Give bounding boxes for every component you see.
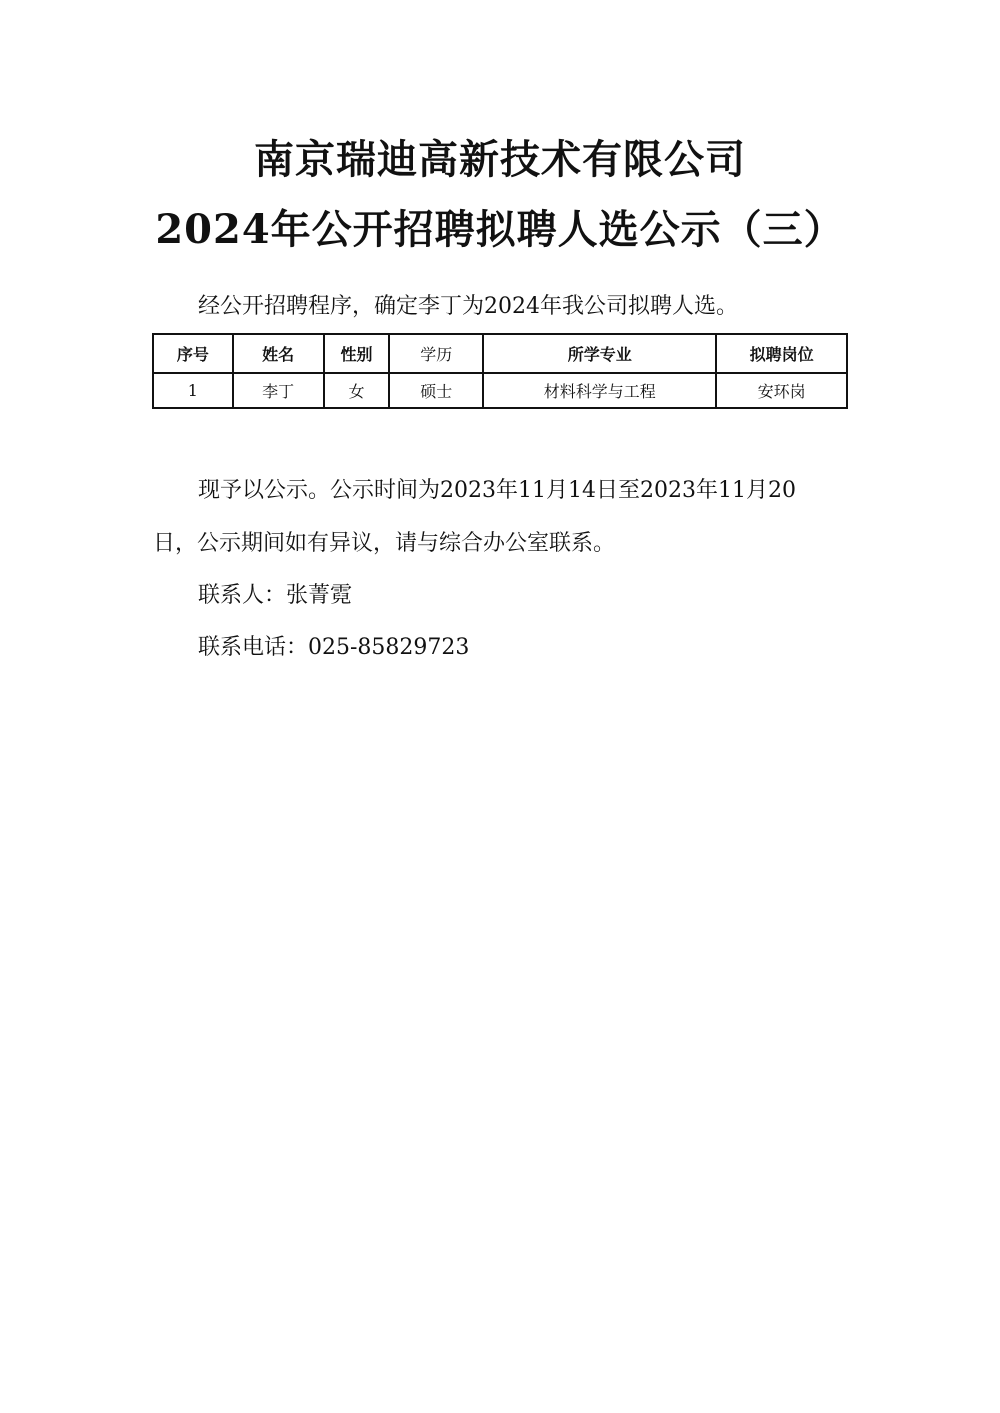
header-index: 序号 xyxy=(153,334,233,373)
header-gender: 性别 xyxy=(324,334,390,373)
contact-phone: 联系电话：025-85829723 xyxy=(198,637,469,659)
cell-education: 硕士 xyxy=(389,373,483,408)
header-major: 所学专业 xyxy=(483,334,716,373)
cell-gender: 女 xyxy=(324,373,390,408)
document-title-notice: 2024年公开招聘拟聘人选公示（三） xyxy=(0,210,1000,250)
table-row: 1 李丁 女 硕士 材料科学与工程 安环岗 xyxy=(153,373,847,408)
intro-paragraph: 经公开招聘程序，确定李丁为2024年我公司拟聘人选。 xyxy=(198,296,738,318)
notice-paragraph-line1: 现予以公示。公示时间为2023年11月14日至2023年11月20 xyxy=(198,480,796,502)
cell-name: 李丁 xyxy=(233,373,324,408)
cell-major: 材料科学与工程 xyxy=(483,373,716,408)
candidate-table: 序号 姓名 性别 学历 所学专业 拟聘岗位 1 李丁 女 硕士 材料科学与工程 … xyxy=(152,333,848,409)
header-position: 拟聘岗位 xyxy=(716,334,847,373)
cell-position: 安环岗 xyxy=(716,373,847,408)
header-name: 姓名 xyxy=(233,334,324,373)
table-header-row: 序号 姓名 性别 学历 所学专业 拟聘岗位 xyxy=(153,334,847,373)
header-education: 学历 xyxy=(389,334,483,373)
document-title-company: 南京瑞迪高新技术有限公司 xyxy=(0,140,1000,180)
cell-index: 1 xyxy=(153,373,233,408)
contact-person: 联系人：张菁霓 xyxy=(198,585,352,607)
notice-paragraph-line2: 日，公示期间如有异议，请与综合办公室联系。 xyxy=(153,533,615,555)
